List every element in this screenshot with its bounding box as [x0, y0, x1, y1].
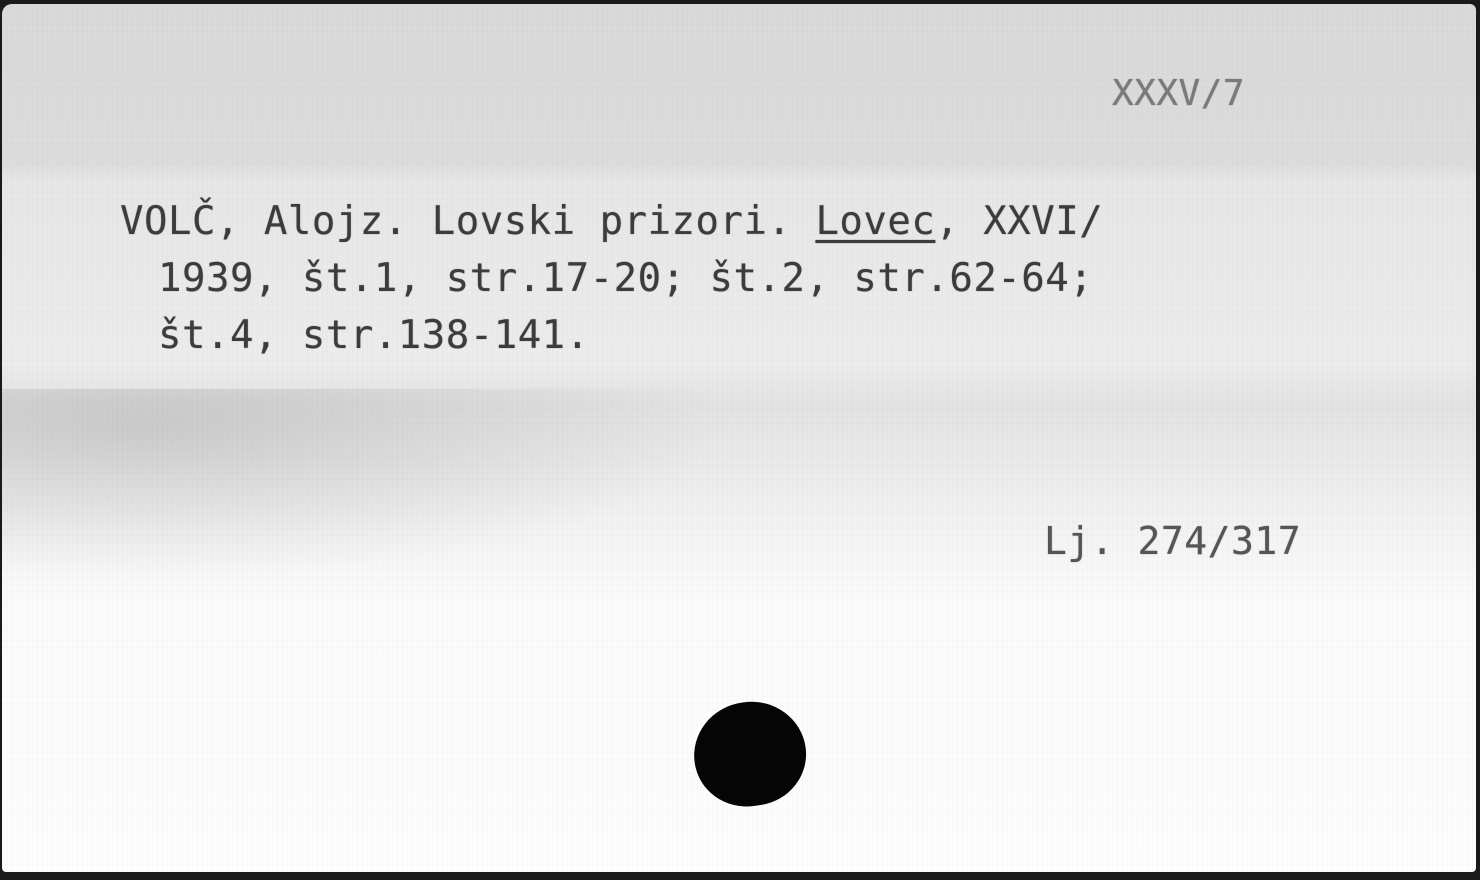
call-number: XXXV/7 [1112, 76, 1245, 112]
volume: , XXVI/ [935, 199, 1103, 244]
periodical-title: Lovec [815, 199, 935, 244]
entry-line-1: VOLČ, Alojz. Lovski prizori. Lovec, XXVI… [120, 202, 1103, 241]
title: Lovski prizori. [432, 199, 792, 244]
author: VOLČ, Alojz. [120, 199, 408, 244]
entry-line-3: št.4, str.138-141. [158, 316, 590, 355]
entry-line-2: 1939, št.1, str.17-20; št.2, str.62-64; [158, 259, 1093, 298]
location-number: Lj. 274/317 [1044, 522, 1301, 560]
catalog-card: XXXV/7 VOLČ, Alojz. Lovski prizori. Love… [2, 4, 1476, 872]
